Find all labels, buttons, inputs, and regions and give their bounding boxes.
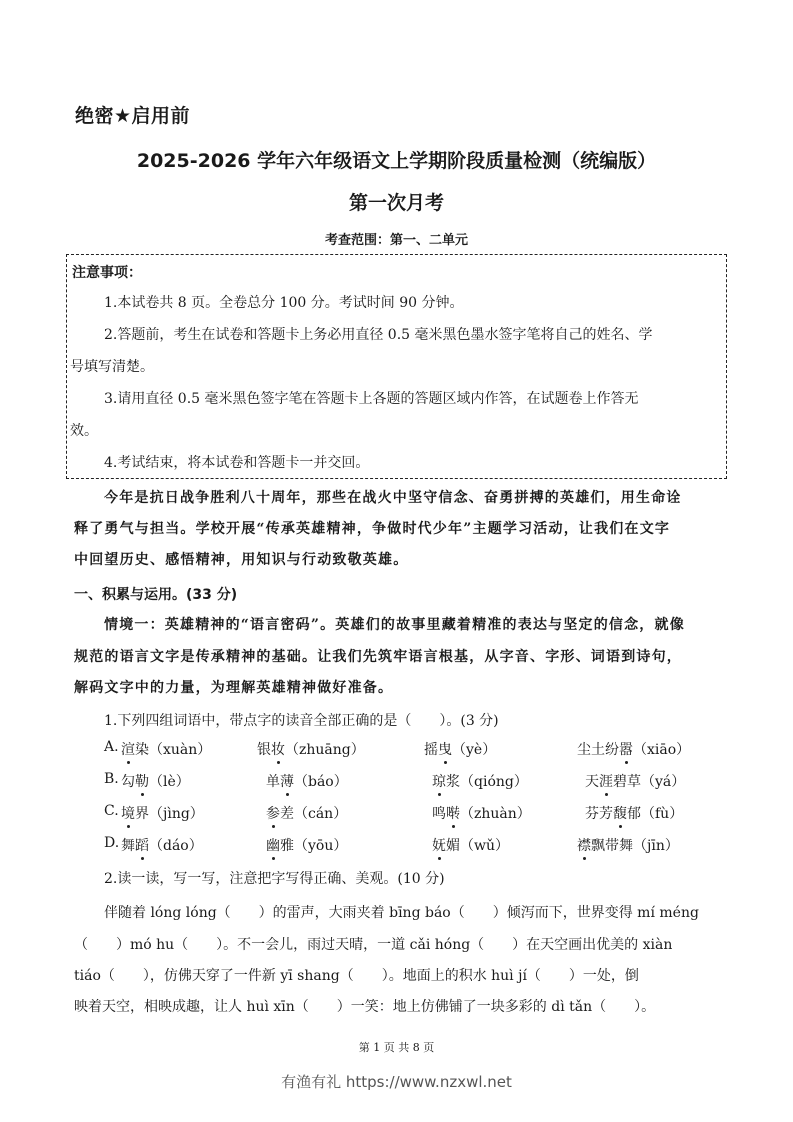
section-1-heading: 一、积累与运用。(33 分) xyxy=(74,584,237,604)
option-d-item-4: 襟飘带舞（jīn） xyxy=(577,835,679,855)
option-a-item-4: 尘土纷嚣（xiāo） xyxy=(577,739,690,759)
option-c-item-3: 鸣啭（zhuàn） xyxy=(432,803,531,823)
page-number: 第 1 页 共 8 页 xyxy=(0,1039,793,1055)
intro-line-2: 释了勇气与担当。学校开展“传承英雄精神，争做时代少年”主题学习活动，让我们在文字 xyxy=(74,518,670,538)
question-2-line-2: （ ）mó hu（ ）。不一会儿，雨过天晴，一道 cǎi hóng（ ）在天空画… xyxy=(74,934,672,954)
question-2-line-1: 伴随着 lóng lóng（ ）的雷声，大雨夹着 bīng báo（ ）倾泻而下… xyxy=(104,902,699,922)
context-line-2: 规范的语言文字是传承精神的基础。让我们先筑牢语言根基，从字音、字形、词语到诗句， xyxy=(74,646,682,666)
page-title: 2025-2026 学年六年级语文上学期阶段质量检测（统编版） xyxy=(0,146,793,173)
option-b-item-3: 琼浆（qióng） xyxy=(432,771,528,791)
question-2-stem: 2.读一读，写一写，注意把字写得正确、美观。(10 分) xyxy=(104,868,445,888)
notice-box xyxy=(66,254,727,479)
confidential-label: 绝密★启用前 xyxy=(75,101,190,128)
option-c-item-1: 境界（jìng） xyxy=(121,803,204,823)
option-b-item-4: 天涯碧草（yá） xyxy=(585,771,685,791)
question-1-stem: 1.下列四组词语中，带点字的读音全部正确的是（ ）。(3 分) xyxy=(104,710,499,730)
exam-scope: 考查范围：第一、二单元 xyxy=(0,229,793,248)
context-line-1: 情境一：英雄精神的“语言密码”。英雄们的故事里藏着精准的表达与坚定的信念，就像 xyxy=(104,614,685,634)
option-c-label: C. xyxy=(104,803,119,819)
notice-item-2-cont: 号填写清楚。 xyxy=(70,356,154,376)
intro-line-1: 今年是抗日战争胜利八十周年，那些在战火中坚守信念、奋勇拼搏的英雄们，用生命诠 xyxy=(104,487,682,507)
option-c-item-2: 参差（cán） xyxy=(266,803,347,823)
option-a-item-2: 银妆（zhuāng） xyxy=(257,739,365,759)
notice-heading: 注意事项： xyxy=(72,262,142,282)
watermark: 有渔有礼 https://www.nzxwl.net xyxy=(0,1071,793,1092)
option-d-item-3: 妩媚（wǔ） xyxy=(432,835,509,855)
option-b-item-2: 单薄（báo） xyxy=(266,771,348,791)
question-2-line-4: 映着天空，相映成趣，让人 huì xīn（ ）一笑：地上仿佛铺了一块多彩的 dì… xyxy=(74,996,655,1016)
option-d-label: D. xyxy=(104,835,119,851)
notice-item-1: 1.本试卷共 8 页。全卷总分 100 分。考试时间 90 分钟。 xyxy=(104,292,464,312)
notice-item-3-cont: 效。 xyxy=(70,420,98,440)
context-line-3: 解码文字中的力量，为理解英雄精神做好准备。 xyxy=(74,677,393,697)
option-d-item-2: 幽雅（yōu） xyxy=(266,835,347,855)
option-a-label: A. xyxy=(104,739,119,755)
option-a-item-1: 渲染（xuàn） xyxy=(121,739,211,759)
option-b-label: B. xyxy=(104,771,119,787)
notice-item-4: 4.考试结束，将本试卷和答题卡一并交回。 xyxy=(104,452,369,472)
intro-line-3: 中回望历史、感悟精神，用知识与行动致敬英雄。 xyxy=(74,549,408,569)
notice-item-2: 2.答题前，考生在试卷和答题卡上务必用直径 0.5 毫米黑色墨水签字笔将自己的姓… xyxy=(104,324,653,344)
option-b-item-1: 勾勒（lè） xyxy=(121,771,190,791)
option-d-item-1: 舞蹈（dáo） xyxy=(121,835,203,855)
question-2-line-3: tiáo（ ），仿佛天穿了一件新 yī shang（ ）。地面上的积水 huì … xyxy=(74,965,639,985)
notice-item-3: 3.请用直径 0.5 毫米黑色签字笔在答题卡上各题的答题区域内作答，在试题卷上作… xyxy=(104,388,639,408)
option-c-item-4: 芬芳馥郁（fù） xyxy=(585,803,683,823)
page-subtitle: 第一次月考 xyxy=(0,188,793,215)
option-a-item-3: 摇曳（yè） xyxy=(424,739,496,759)
